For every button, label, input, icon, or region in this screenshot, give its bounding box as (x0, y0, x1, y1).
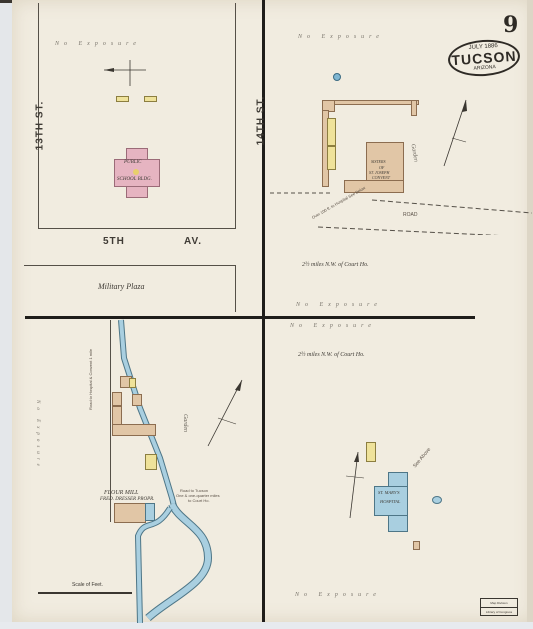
sw-adobe-compound (110, 376, 160, 438)
library-stamp: Map Division Library of Congress (480, 598, 518, 616)
military-plaza-label: Military Plaza (98, 282, 144, 291)
se-exposure-top: No Exposure (290, 323, 376, 329)
hospital-outbuilding (432, 496, 442, 504)
scan-right-edge (527, 0, 533, 622)
avenue-5th-number: 5TH (103, 236, 125, 247)
outbuilding (144, 96, 157, 102)
irrigation-canal (100, 318, 240, 623)
scan-bottom-edge (0, 622, 533, 629)
well-icon (333, 73, 341, 81)
ne-road-label: ROAD (403, 212, 417, 218)
public-school-building: PUBLIC SCHOOL BLDG. (114, 148, 160, 196)
scale-label: Scale of Feet. (72, 582, 103, 588)
north-arrow-se (346, 450, 366, 520)
se-exposure-bottom: No Exposure (295, 592, 381, 598)
sw-side-note: Road to Hospital & Convent 1 mile (88, 349, 93, 410)
nw-block-south-line (38, 228, 236, 229)
horizontal-divider (25, 316, 475, 319)
outbuilding (116, 96, 129, 102)
ne-exposure-bottom: No Exposure (296, 302, 382, 308)
north-arrow-sw (206, 378, 246, 448)
north-arrow-ne (440, 98, 470, 168)
se-small-adobe (413, 541, 420, 550)
map-sheet (12, 0, 533, 622)
street-14th-label: 14TH ST. (255, 96, 266, 146)
north-arrow-nw (102, 60, 148, 86)
nw-block-east-line (235, 3, 236, 228)
sw-exposure-label: No Exposure (35, 400, 40, 470)
flour-mill-label-2: FRED. DRESSER PROPR. (100, 497, 154, 502)
mill-water-building (145, 503, 155, 521)
sw-road-note-3: to Court Ho. (188, 498, 210, 503)
ne-exposure-top: No Exposure (298, 34, 384, 40)
plaza-east-line (235, 265, 236, 312)
sw-garden-label: Garden (182, 414, 188, 432)
nw-exposure-label: No Exposure (55, 41, 141, 47)
se-distance-label: 2½ miles N.W. of Court Ho. (298, 352, 365, 358)
avenue-5th-suffix: AV. (184, 236, 202, 247)
flour-mill-building (114, 503, 146, 523)
se-frame-building (366, 442, 376, 462)
ne-road-dashes (270, 185, 532, 235)
ne-distance-label: 2½ miles N.W. of Court Ho. (302, 262, 369, 268)
scale-bar (38, 592, 132, 594)
plaza-north-line (24, 265, 236, 266)
st-marys-hospital: ST. MARY'S HOSPITAL (374, 472, 420, 530)
flour-mill-label-1: FLOUR MILL (104, 490, 139, 496)
convent-compound: SISTERS OF ST. JOSEPH CONVENT (322, 100, 422, 192)
street-13th-label: 13TH ST. (34, 101, 45, 151)
sw-frame-building (145, 454, 157, 470)
page-number: 9 (503, 12, 518, 38)
vertical-divider (262, 0, 265, 622)
